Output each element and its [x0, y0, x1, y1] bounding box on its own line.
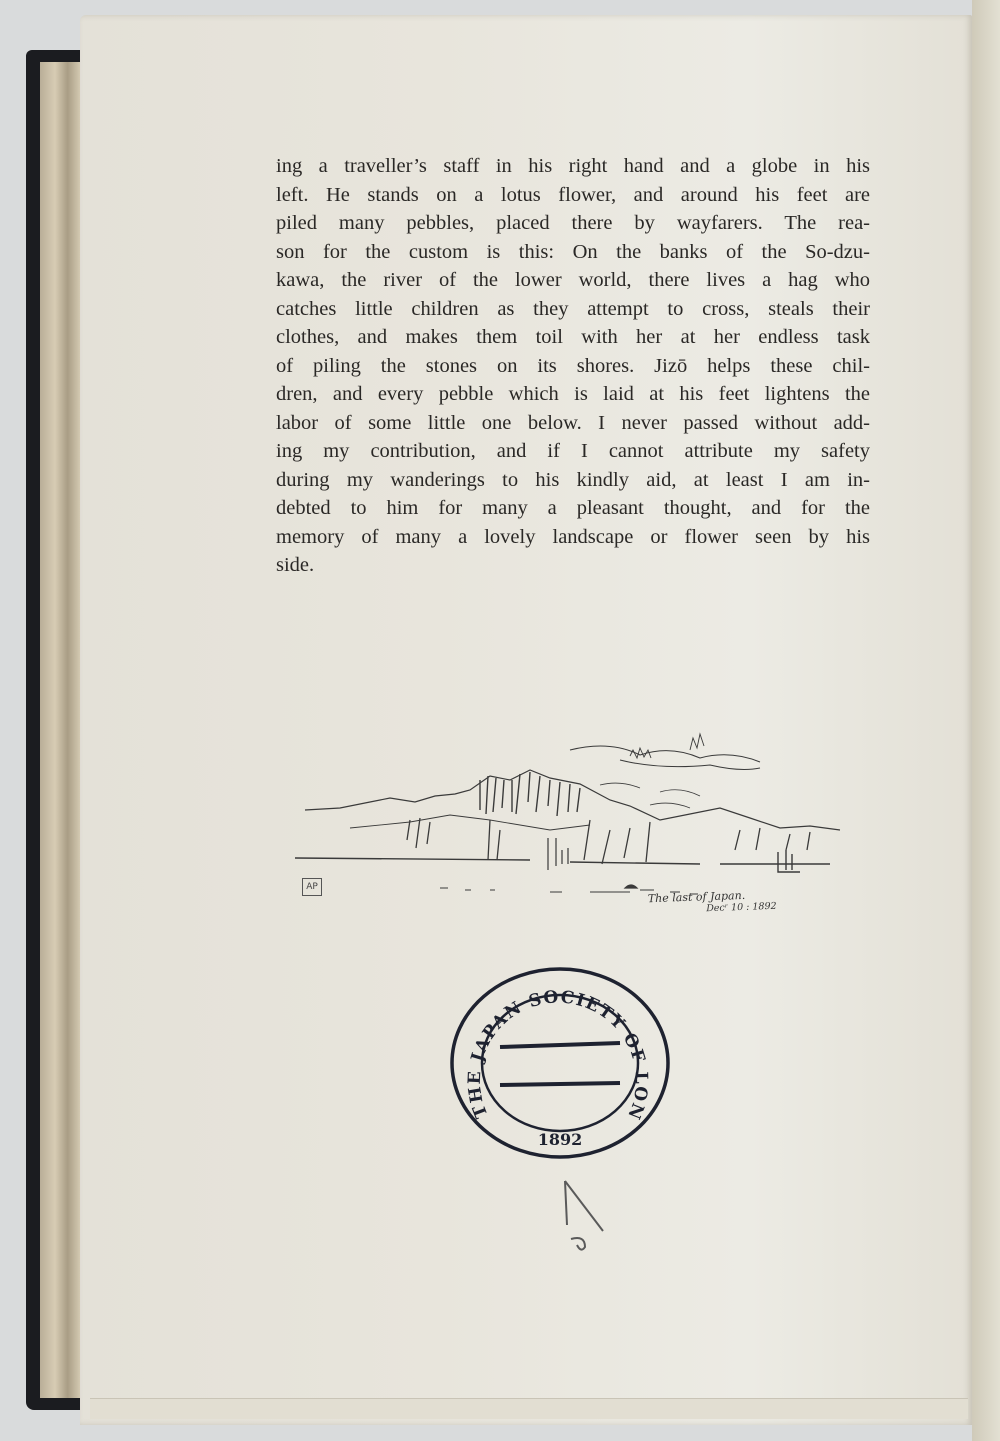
text-line: piled many pebbles, placed there by wayf…	[276, 209, 870, 238]
text-line: dren, and every pebble which is laid at …	[276, 380, 870, 409]
text-line: side.	[276, 551, 870, 580]
text-line: memory of many a lovely landscape or flo…	[276, 523, 870, 552]
text-line: clothes, and makes them toil with her at…	[276, 323, 870, 352]
text-line: catches little children as they attempt …	[276, 295, 870, 324]
text-line: son for the custom is this: On the banks…	[276, 238, 870, 267]
body-paragraph: ing a traveller’s staff in his right han…	[276, 152, 870, 580]
text-line: kawa, the river of the lower world, ther…	[276, 266, 870, 295]
text-line: left. He stands on a lotus flower, and a…	[276, 181, 870, 210]
text-line: debted to him for many a pleasant though…	[276, 494, 870, 523]
text-line: of piling the stones on its shores. Jizō…	[276, 352, 870, 381]
pencil-mark	[555, 1175, 615, 1255]
artist-monogram: AP	[302, 878, 322, 896]
page-bottom-edge	[90, 1398, 968, 1419]
text-line: during my wanderings to his kindly aid, …	[276, 466, 870, 495]
text-line: labor of some little one below. I never …	[276, 409, 870, 438]
text-line: ing a traveller’s staff in his right han…	[276, 152, 870, 181]
illustration-caption: The last of Japan. Decʳ 10 : 1892	[648, 888, 777, 916]
japan-society-stamp: THE JAPAN SOCIETY OF LONDON 1892	[448, 965, 672, 1161]
stamp-year: 1892	[538, 1130, 583, 1149]
text-line: ing my contribution, and if I cannot att…	[276, 437, 870, 466]
facing-page-edge	[972, 0, 1000, 1441]
